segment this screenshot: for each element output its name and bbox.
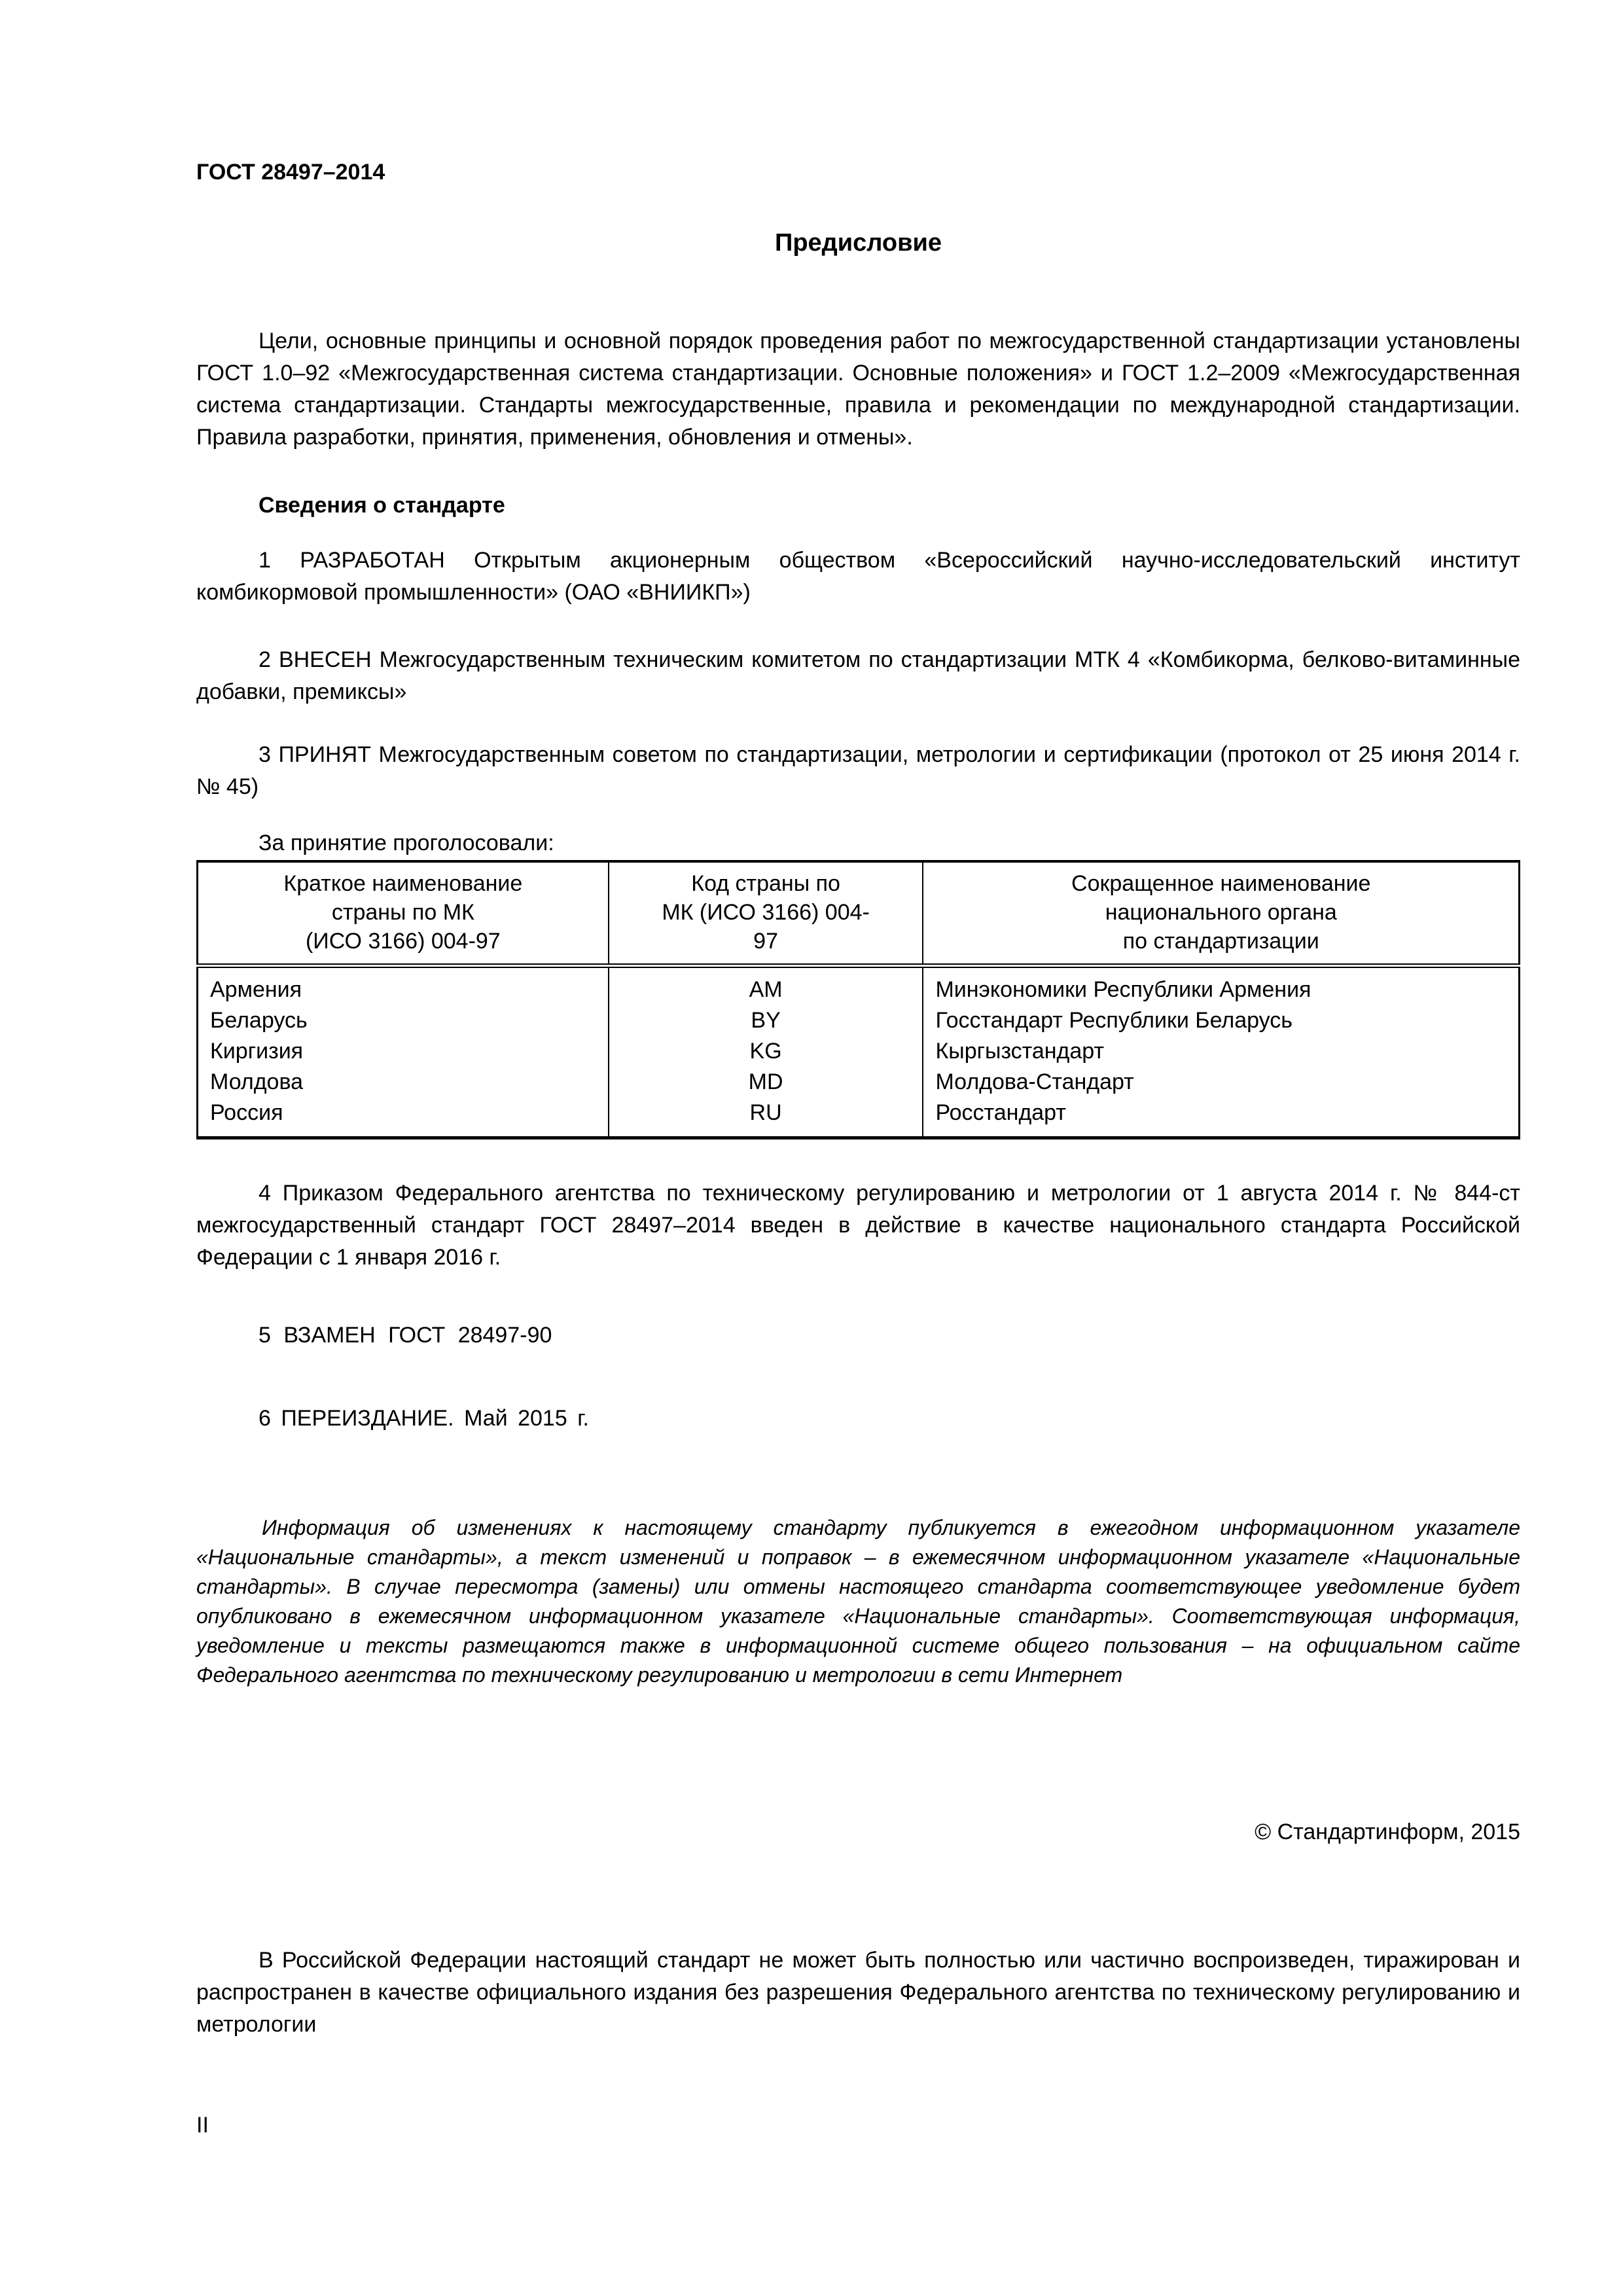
item-5-replaces: 5 ВЗАМЕН ГОСТ 28497-90	[196, 1319, 1520, 1352]
cell-country: Киргизия	[198, 1036, 609, 1067]
cell-code: RU	[609, 1098, 923, 1138]
table-row: Молдова MD Молдова-Стандарт	[198, 1067, 1520, 1098]
col-header-country-line3: (ИСО 3166) 004-97	[205, 927, 601, 956]
cell-code: KG	[609, 1036, 923, 1067]
cell-body: Минэкономики Республики Армения	[923, 966, 1519, 1006]
cell-body: Кыргызстандарт	[923, 1036, 1519, 1067]
col-header-country-line2: страны по МК	[205, 898, 601, 927]
cell-code: MD	[609, 1067, 923, 1098]
cell-body: Молдова-Стандарт	[923, 1067, 1519, 1098]
intro-paragraph: Цели, основные принципы и основной поряд…	[196, 325, 1520, 454]
cell-country: Беларусь	[198, 1005, 609, 1036]
copyright-line: © Стандартинформ, 2015	[196, 1816, 1520, 1848]
table-row: Армения AM Минэкономики Республики Армен…	[198, 966, 1520, 1006]
about-standard-heading: Сведения о стандарте	[196, 490, 1520, 522]
item-2-submitted: 2 ВНЕСЕН Межгосударственным техническим …	[196, 644, 1520, 708]
col-header-code-line1: Код страны по	[616, 869, 916, 898]
reproduction-notice: В Российской Федерации настоящий стандар…	[196, 1945, 1520, 2041]
item-1-developed: 1 РАЗРАБОТАН Открытым акционерным общест…	[196, 545, 1520, 609]
vote-label: За принятие проголосовали:	[196, 829, 1520, 857]
table-row: Киргизия KG Кыргызстандарт	[198, 1036, 1520, 1067]
col-header-country-line1: Краткое наименование	[205, 869, 601, 898]
item-6-reissue: 6 ПЕРЕИЗДАНИЕ. Май 2015 г.	[196, 1403, 1520, 1435]
col-header-code-line3: 97	[616, 927, 916, 956]
cell-country: Россия	[198, 1098, 609, 1138]
cell-body: Росстандарт	[923, 1098, 1519, 1138]
col-header-body: Сокращенное наименование национального о…	[923, 861, 1519, 966]
info-notice: Информация об изменениях к настоящему ст…	[196, 1513, 1520, 1690]
col-header-body-line2: национального органа	[930, 898, 1512, 927]
item-4-order: 4 Приказом Федерального агентства по тех…	[196, 1177, 1520, 1274]
table-row: Беларусь BY Госстандарт Республики Белар…	[198, 1005, 1520, 1036]
col-header-code: Код страны по МК (ИСО 3166) 004- 97	[609, 861, 923, 966]
doc-number: ГОСТ 28497–2014	[196, 159, 1520, 185]
cell-body: Госстандарт Республики Беларусь	[923, 1005, 1519, 1036]
item-3-adopted: 3 ПРИНЯТ Межгосударственным советом по с…	[196, 739, 1520, 803]
table-row: Россия RU Росстандарт	[198, 1098, 1520, 1138]
cell-code: AM	[609, 966, 923, 1006]
cell-country: Армения	[198, 966, 609, 1006]
vote-table-header: Краткое наименование страны по МК (ИСО 3…	[198, 861, 1520, 966]
page-title: Предисловие	[196, 228, 1520, 258]
col-header-country: Краткое наименование страны по МК (ИСО 3…	[198, 861, 609, 966]
document-page: ГОСТ 28497–2014 Предисловие Цели, основн…	[0, 0, 1623, 2296]
col-header-code-line2: МК (ИСО 3166) 004-	[616, 898, 916, 927]
page-number: II	[196, 2109, 1520, 2142]
vote-table: Краткое наименование страны по МК (ИСО 3…	[196, 860, 1520, 1139]
col-header-body-line3: по стандартизации	[930, 927, 1512, 956]
col-header-body-line1: Сокращенное наименование	[930, 869, 1512, 898]
cell-country: Молдова	[198, 1067, 609, 1098]
cell-code: BY	[609, 1005, 923, 1036]
